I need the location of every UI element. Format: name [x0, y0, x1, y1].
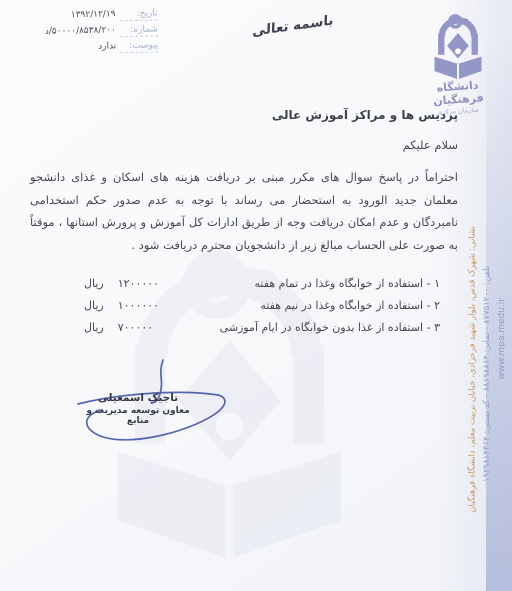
amount-unit: ریال [84, 277, 104, 290]
amount-unit: ریال [84, 321, 104, 334]
number-label: شماره: [120, 24, 158, 37]
item-amount: ۱۲۰۰۰۰۰ ریال [84, 277, 159, 290]
recipient-heading: پردیس ها و مراکز آموزش عالی [30, 108, 458, 122]
meta-attachment-row: پیوست: ندارد [8, 40, 158, 55]
signature-block: تاجیک اسمعیلی معاون توسعه مدیریت و منابع [80, 392, 196, 426]
item-label: ۱ - استفاده از خوابگاه وغذا در تمام هفته [255, 277, 440, 290]
footer-contact: تلفن: ۸۷۷۵۱۲۰۰ - نمابر: ۸۸۶۹۸۸۶۴ - کد پس… [482, 266, 492, 482]
scanned-letter-page: تاریخ: ۱۳۹۲/۱۲/۱۹ شماره: ۵۰۰۰۰/۸۵۳۸/۲۰۰/… [0, 0, 512, 591]
amount-value: ۱۲۰۰۰۰۰ [118, 277, 159, 290]
footer-website: www.mpa.medu.ir [497, 298, 507, 380]
meta-date-row: تاریخ: ۱۳۹۲/۱۲/۱۹ [8, 8, 158, 23]
footer-address: نشانی: شهرک قدس، بلوار شهید فرحزادی، خیا… [468, 226, 478, 513]
item-label: ۳ - استفاده از غذا بدون خوابگاه در ایام … [220, 321, 440, 334]
amount-value: ۱۰۰۰۰۰۰ [118, 299, 159, 312]
item-label: ۲ - استفاده از خوابگاه وغذا در نیم هفته [260, 299, 440, 312]
university-emblem-icon [429, 6, 487, 82]
list-item: ۳ - استفاده از غذا بدون خوابگاه در ایام … [84, 321, 440, 334]
signer-title: معاون توسعه مدیریت و منابع [80, 406, 196, 426]
item-amount: ۷۰۰۰۰۰ ریال [84, 321, 153, 334]
attachment-value: ندارد [98, 41, 116, 51]
amount-value: ۷۰۰۰۰۰ [118, 321, 153, 334]
amount-unit: ریال [84, 299, 104, 312]
date-value: ۱۳۹۲/۱۲/۱۹ [71, 9, 116, 20]
item-amount: ۱۰۰۰۰۰۰ ریال [84, 299, 159, 312]
salutation: سلام علیکم [30, 138, 458, 152]
date-label: تاریخ: [119, 8, 157, 21]
number-value: ۵۰۰۰۰/۸۵۳۸/۲۰۰/د [45, 25, 116, 36]
meta-number-row: شماره: ۵۰۰۰۰/۸۵۳۸/۲۰۰/د [8, 24, 158, 39]
fee-items-list: ۱ - استفاده از خوابگاه وغذا در تمام هفته… [84, 277, 440, 343]
letter-body: پردیس ها و مراکز آموزش عالی سلام علیکم ا… [30, 108, 458, 256]
list-item: ۱ - استفاده از خوابگاه وغذا در تمام هفته… [84, 277, 440, 290]
attachment-label: پیوست: [120, 40, 158, 53]
list-item: ۲ - استفاده از خوابگاه وغذا در نیم هفته … [84, 299, 440, 312]
university-logo: دانشگاه فرهنگیان سازمان مرکزی [410, 6, 506, 115]
besmele-calligraphy: باسمه تعالی [252, 12, 334, 40]
letter-paragraph: احتراماً در پاسخ سوال های مکرر مبنی بر د… [30, 166, 458, 256]
letter-meta-box: تاریخ: ۱۳۹۲/۱۲/۱۹ شماره: ۵۰۰۰۰/۸۵۳۸/۲۰۰/… [8, 8, 159, 59]
signer-name: تاجیک اسمعیلی [80, 392, 196, 404]
